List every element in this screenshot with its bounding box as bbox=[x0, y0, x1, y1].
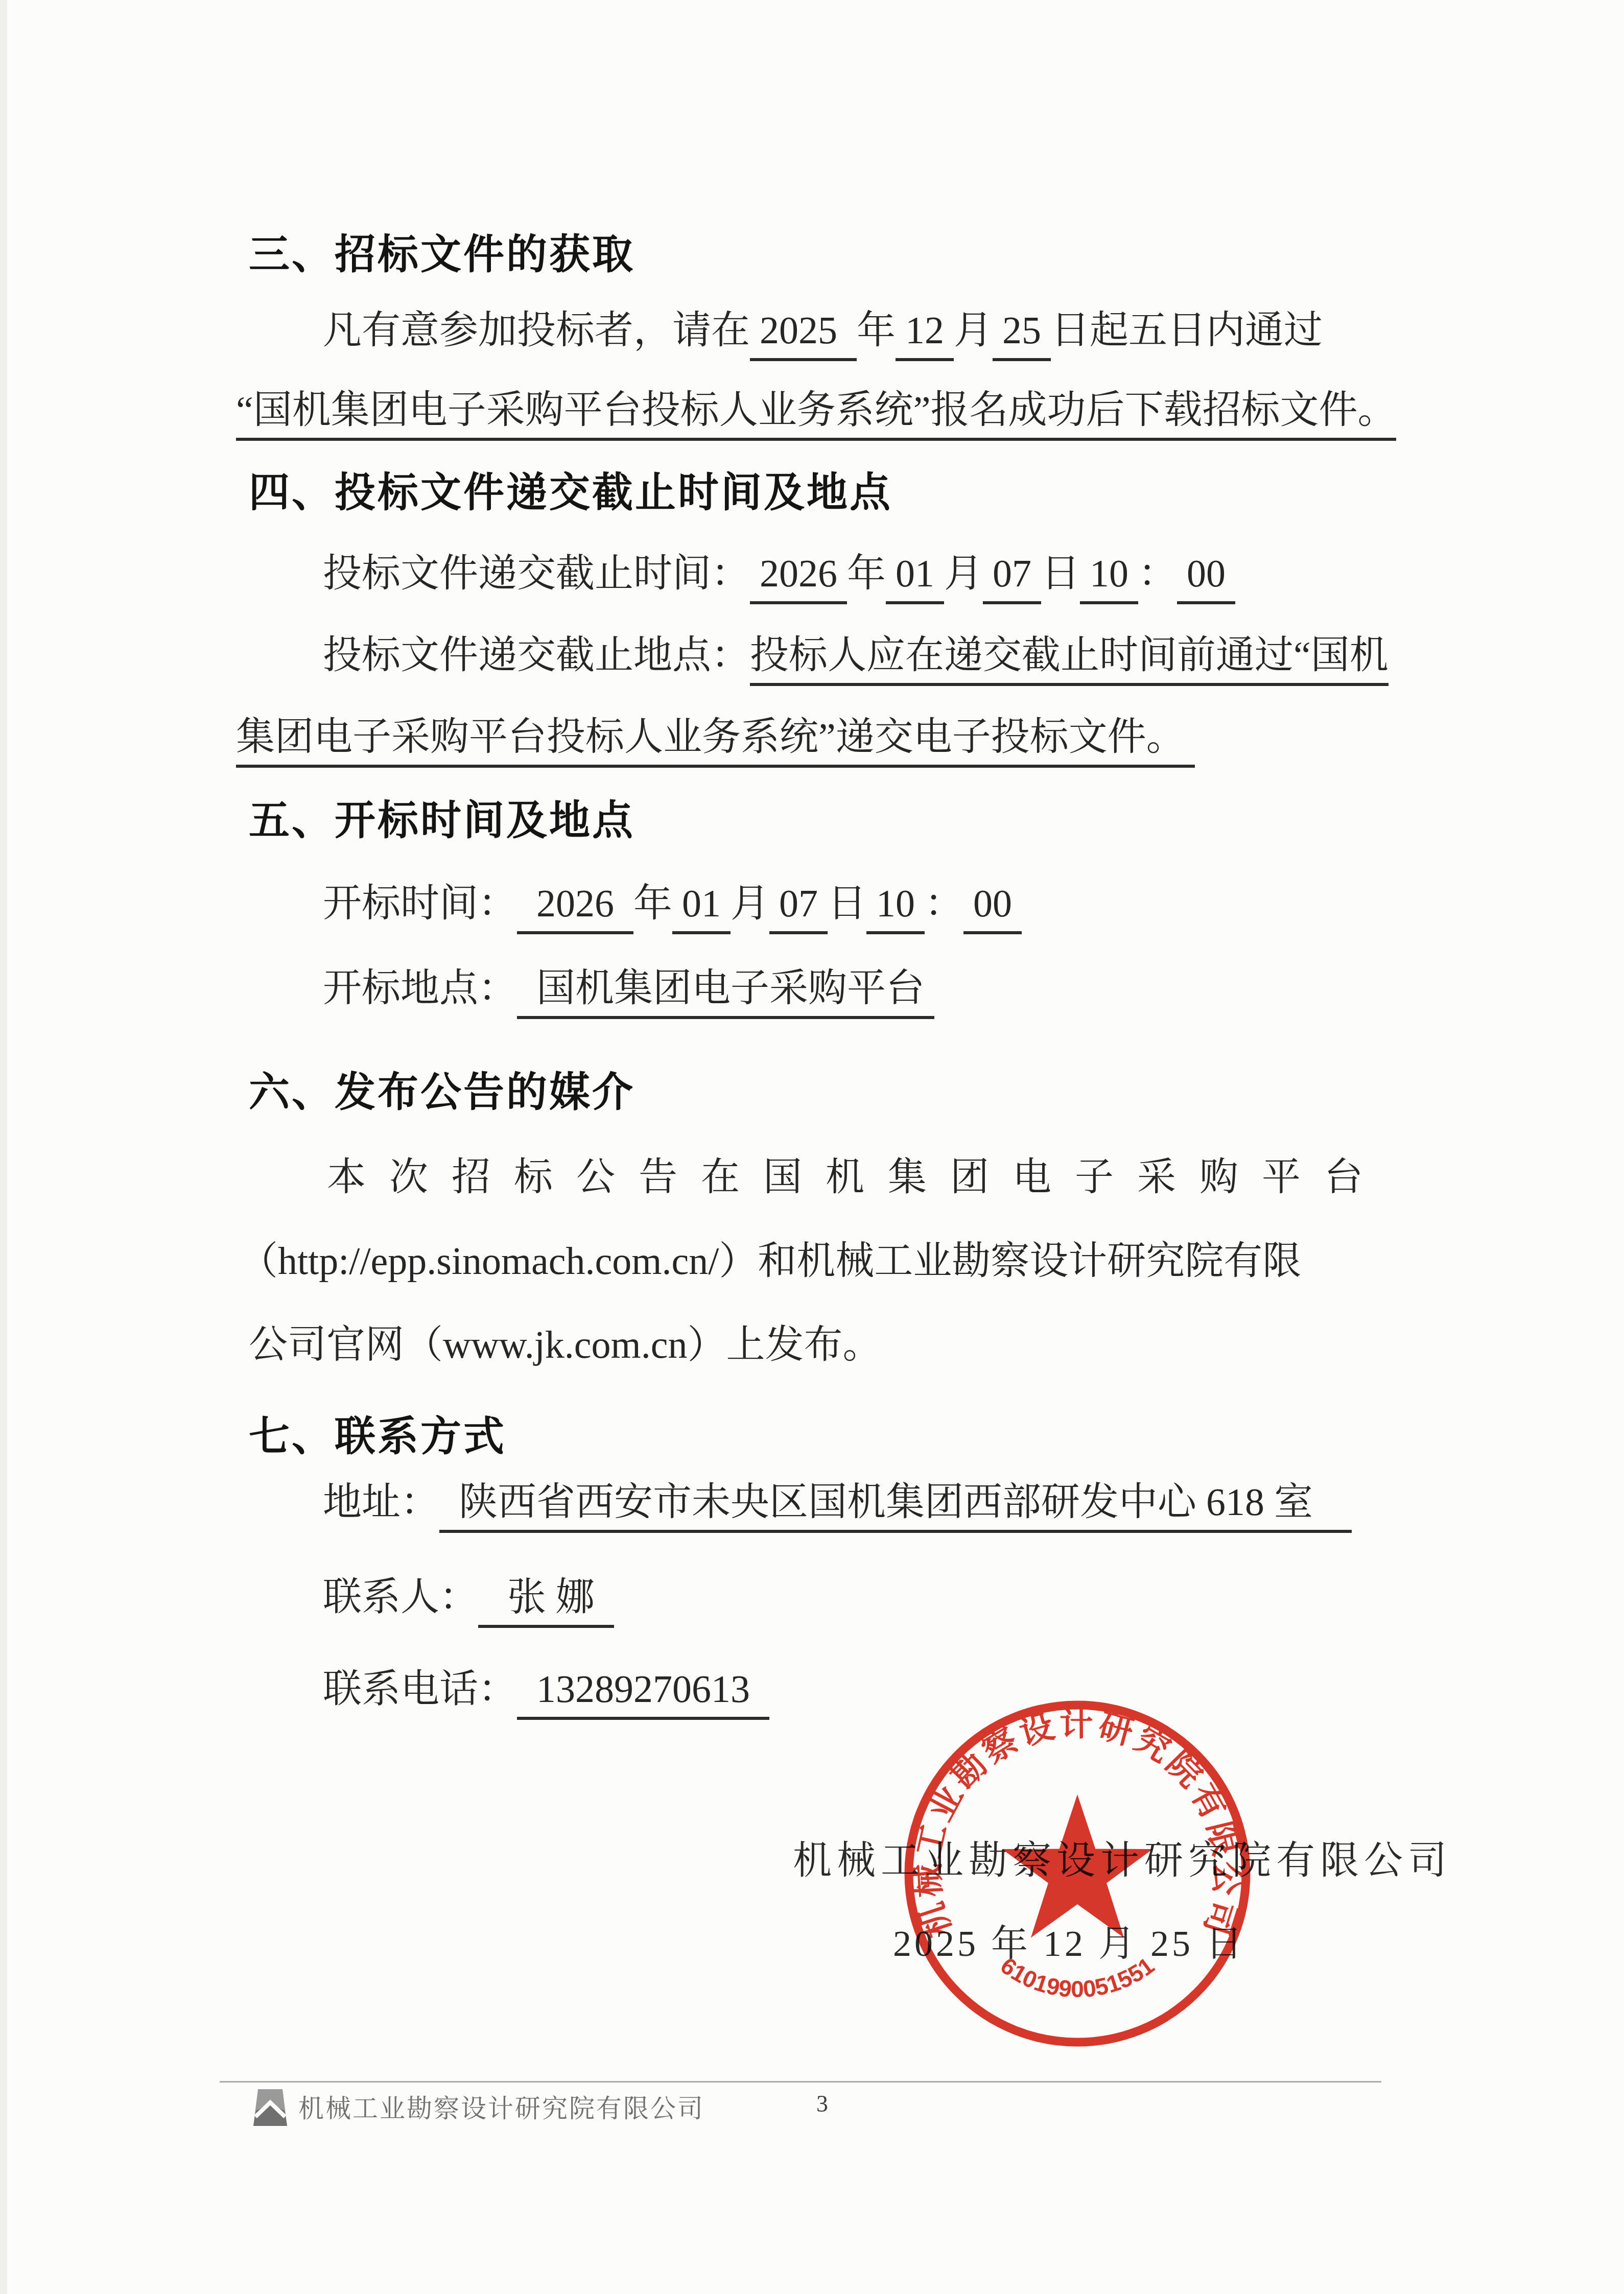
section-5-open-place-line: 开标地点： 国机集团电子采购平台 bbox=[323, 965, 934, 1012]
footer-company-name: 机械工业勘察设计研究院有限公司 bbox=[298, 2088, 704, 2125]
scan-edge-artifact bbox=[0, 0, 7, 2294]
official-seal: 机械工业勘察设计研究院有限公司 6101990051551 bbox=[893, 1690, 1261, 2057]
section-5-heading: 五、开标时间及地点 bbox=[249, 796, 635, 845]
hour-value: 10 bbox=[1080, 552, 1138, 604]
place-value-continued: 集团电子采购平台投标人业务系统”递交电子投标文件。 bbox=[236, 716, 1195, 768]
address-line: 地址： 陕西省西安市未央区国机集团西部研发中心 618 室 bbox=[323, 1479, 1352, 1526]
text-run: 月 bbox=[954, 309, 993, 352]
contact-phone-line: 联系电话： 13289270613 bbox=[323, 1666, 769, 1713]
section-4-heading: 四、投标文件递交截止时间及地点 bbox=[249, 468, 892, 517]
text-run: 月 bbox=[944, 552, 983, 595]
field-label: 地址： bbox=[323, 1481, 439, 1524]
day-value: 07 bbox=[769, 882, 828, 934]
scanned-tender-document-page: { "colors": { "seal_red": "#d5291c", "bo… bbox=[0, 0, 1624, 2294]
month-blank: 12 bbox=[896, 309, 954, 361]
seal-code-holder: 6101990051551 bbox=[996, 1952, 1159, 2002]
day-blank: 25 bbox=[993, 309, 1051, 361]
month-value: 01 bbox=[672, 882, 731, 934]
official-seal-graphic: 机械工业勘察设计研究院有限公司 6101990051551 bbox=[893, 1690, 1261, 2057]
text-run: ： bbox=[1138, 552, 1177, 595]
text-run: ： bbox=[925, 882, 963, 925]
hour-value: 10 bbox=[866, 882, 925, 934]
text-run: 月 bbox=[731, 882, 769, 925]
field-label: 开标地点： bbox=[323, 967, 517, 1010]
address-value: 陕西省西安市未央区国机集团西部研发中心 618 室 bbox=[439, 1481, 1352, 1533]
month-value: 01 bbox=[886, 552, 944, 604]
field-label: 开标时间： bbox=[323, 882, 517, 925]
section-3-heading: 三、招标文件的获取 bbox=[249, 230, 635, 279]
section-6-paragraph-line-1: 本次招标公告在国机集团电子采购平台 bbox=[327, 1154, 1386, 1201]
text-run: 凡有意参加投标者，请在 bbox=[323, 309, 750, 352]
section-4-deadline-place-line-2: 集团电子采购平台投标人业务系统”递交电子投标文件。 bbox=[236, 714, 1195, 761]
section-4-deadline-time-line: 投标文件递交截止时间： 2026 年 01 月 07 日 10 ： 00 bbox=[323, 551, 1235, 597]
section-7-heading: 七、联系方式 bbox=[249, 1412, 506, 1461]
seal-star-icon bbox=[1002, 1794, 1153, 1937]
platform-underlined-text: “国机集团电子采购平台投标人业务系统”报名成功后下载招标文件。 bbox=[236, 389, 1396, 441]
contact-phone-value: 13289270613 bbox=[517, 1668, 769, 1720]
section-6-paragraph-line-3: 公司官网（www.jk.com.cn）上发布。 bbox=[249, 1322, 881, 1368]
text-run: 年 bbox=[847, 552, 886, 595]
contact-person-line: 联系人： 张 娜 bbox=[323, 1574, 614, 1621]
section-6-paragraph-line-2: （http://epp.sinomach.com.cn/）和机械工业勘察设计研究… bbox=[239, 1238, 1301, 1285]
section-3-paragraph-line-1: 凡有意参加投标者，请在 2025 年 12 月 25 日起五日内通过 bbox=[323, 308, 1323, 354]
text-run: 年 bbox=[857, 309, 896, 352]
field-label: 投标文件递交截止时间： bbox=[323, 552, 750, 595]
field-label: 联系电话： bbox=[323, 1668, 517, 1711]
section-4-deadline-place-line-1: 投标文件递交截止地点：投标人应在递交截止时间前通过“国机 bbox=[323, 632, 1388, 679]
text-run: 日 bbox=[828, 882, 866, 925]
text-run: 日 bbox=[1041, 552, 1080, 595]
open-place-value: 国机集团电子采购平台 bbox=[517, 967, 934, 1019]
text-run: 日起五日内通过 bbox=[1051, 309, 1323, 352]
year-value: 2026 bbox=[517, 882, 633, 934]
year-blank: 2025 bbox=[750, 309, 857, 361]
seal-code-number: 6101990051551 bbox=[996, 1952, 1159, 2002]
section-6-heading: 六、发布公告的媒介 bbox=[249, 1068, 635, 1117]
footer-divider-line bbox=[220, 2081, 1381, 2083]
minute-value: 00 bbox=[1177, 552, 1235, 604]
field-label: 联系人： bbox=[323, 1576, 478, 1619]
minute-value: 00 bbox=[963, 882, 1022, 934]
contact-person-value: 张 娜 bbox=[478, 1576, 614, 1628]
place-value: 投标人应在递交截止时间前通过“国机 bbox=[750, 634, 1388, 686]
text-run: 年 bbox=[633, 882, 672, 925]
section-5-open-time-line: 开标时间： 2026 年 01 月 07 日 10 ： 00 bbox=[323, 881, 1022, 927]
field-label: 投标文件递交截止地点： bbox=[323, 634, 750, 677]
footer-page-number: 3 bbox=[816, 2090, 828, 2117]
year-value: 2026 bbox=[750, 552, 847, 604]
day-value: 07 bbox=[983, 552, 1041, 604]
section-3-paragraph-line-2: “国机集团电子采购平台投标人业务系统”报名成功后下载招标文件。 bbox=[236, 387, 1396, 434]
company-logo-icon bbox=[253, 2087, 287, 2128]
